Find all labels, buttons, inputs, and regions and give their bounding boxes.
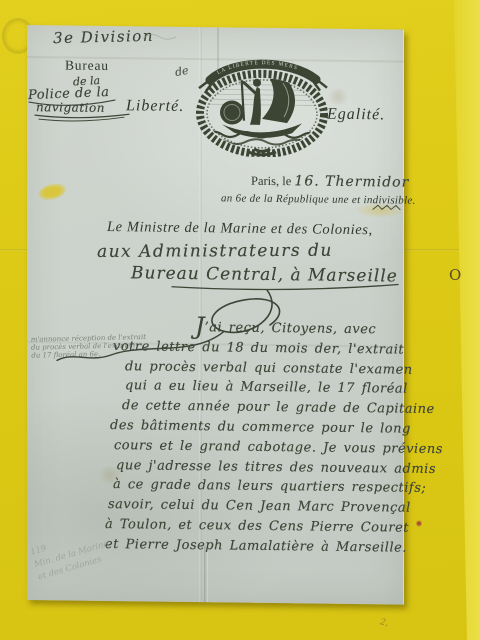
dateline-handwritten-date: 16. Thermidor	[294, 173, 409, 190]
dateline-printed-prefix: Paris, le	[251, 174, 291, 188]
bureau-line-navigation: navigation	[36, 100, 105, 115]
body-line-text: ’ai reçu, Citoyens, avec	[205, 320, 377, 337]
dateline: Paris, le 16. Thermidor	[251, 173, 409, 191]
manuscript-paper: 3e Division Bureau de la Police de la na…	[27, 25, 404, 605]
photographed-manuscript-letter: O 2, 3e Division Bureau de la Police de …	[0, 0, 480, 640]
letter-body: J’ai reçu, Citoyens, avec votre lettre d…	[27, 316, 404, 558]
laurel-wreath	[200, 73, 324, 155]
dateline-republic-formula: an 6e de la République une et indivisibl…	[221, 192, 416, 206]
ornate-initial: J	[195, 312, 205, 340]
body-line: et Pierre Joseph Lamalatière à Marseille…	[105, 535, 404, 558]
wax-stain	[37, 182, 68, 202]
navigation-underline-2	[39, 116, 124, 121]
addressee-line-1: aux Administrateurs du	[97, 241, 333, 262]
handwritten-o-mark: O	[449, 266, 461, 284]
mat-pencil-scribble: 2,	[379, 617, 389, 629]
body-line: J’ai reçu, Citoyens, avec	[195, 318, 404, 340]
division-note: 3e Division	[53, 27, 155, 47]
liberte-motto: Liberté.	[126, 97, 184, 116]
minister-title-line: Le Ministre de la Marine et des Colonies…	[107, 219, 373, 239]
liberty-boat-vignette-icon: LA LIBERTÉ DES MERS	[188, 50, 336, 158]
addressee-line-2: Bureau Central, à Marseille	[131, 263, 398, 286]
red-ink-speck	[416, 520, 422, 527]
bureau-label: Bureau	[65, 57, 109, 74]
